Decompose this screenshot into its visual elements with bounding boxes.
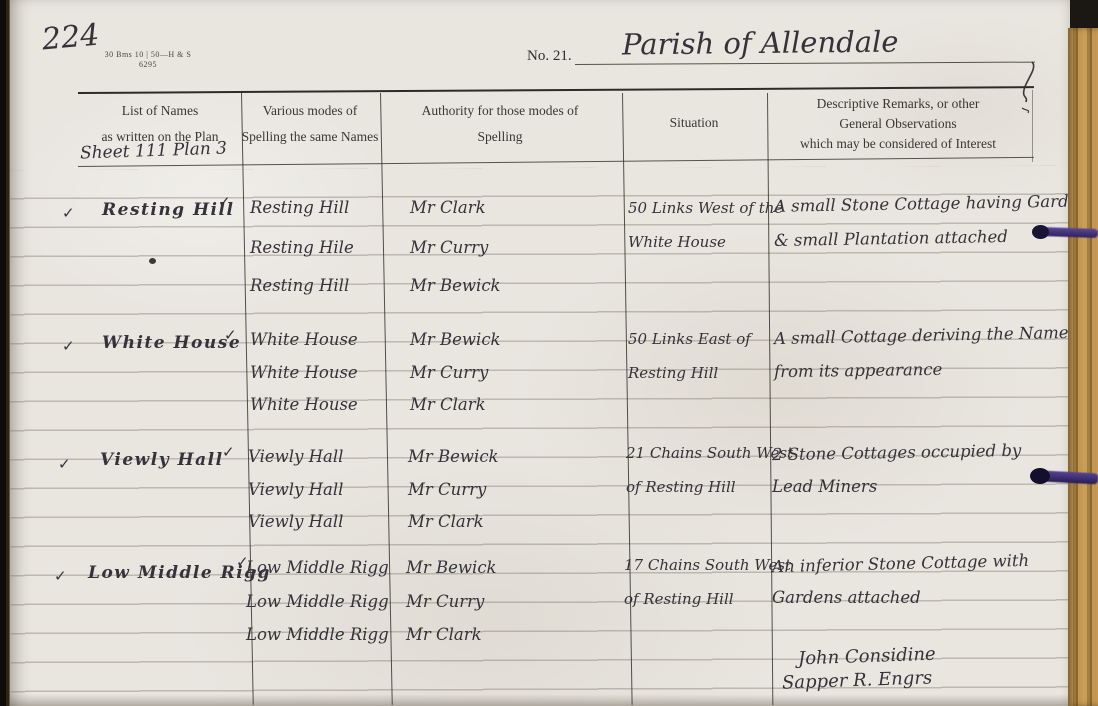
spelling-entry: White House	[250, 395, 358, 414]
ink-spot	[149, 258, 156, 264]
thread-knot-bottom	[1030, 468, 1050, 484]
tick-mark: ✓	[224, 326, 237, 344]
authority-entry: Mr Curry	[410, 363, 488, 382]
header-spelling-line2: Spelling the same Names	[242, 129, 379, 145]
situation-line: of Resting Hill	[624, 590, 734, 608]
remarks-line: & small Plantation attached	[774, 227, 1008, 250]
spelling-entry: Resting Hill	[250, 276, 349, 295]
spelling-entry: White House	[250, 363, 358, 382]
spelling-entry: Viewly Hall	[248, 447, 343, 466]
authority-entry: Mr Bewick	[408, 447, 499, 466]
remarks-line: Lead Miners	[772, 477, 877, 496]
authority-entry: Mr Clark	[406, 625, 482, 644]
header-remarks-line3: which may be considered of Interest	[800, 136, 996, 152]
column-line-5	[1032, 90, 1033, 162]
header-remarks-line1: Descriptive Remarks, or other	[817, 96, 980, 112]
spelling-entry: Resting Hile	[250, 238, 354, 257]
situation-line: 17 Chains South West	[624, 556, 791, 574]
parish-title: Parish of Allendale	[622, 25, 899, 62]
spelling-entry: White House	[250, 330, 358, 349]
header-situation: Situation	[670, 115, 719, 131]
situation-line: 21 Chains South West	[626, 444, 793, 462]
situation-line: Resting Hill	[628, 364, 718, 382]
binding-edge	[1068, 28, 1098, 706]
parish-underline	[575, 62, 1035, 65]
authority-entry: Mr Curry	[408, 480, 486, 499]
spelling-entry: Viewly Hall	[248, 480, 343, 499]
pen-flourish-mark	[1012, 58, 1042, 122]
authority-entry: Mr Clark	[410, 395, 486, 414]
authority-entry: Mr Bewick	[410, 276, 501, 295]
situation-line: 50 Links East of	[628, 330, 751, 348]
spelling-entry: Low Middle Rigg	[246, 558, 389, 577]
spelling-entry: Resting Hill	[250, 198, 349, 217]
tick-mark: ✓	[62, 337, 75, 355]
authority-entry: Mr Curry	[410, 238, 488, 257]
printers-imprint: 30 Bms 10 | 50—H & S 6295	[88, 50, 208, 70]
scanned-document: 224 30 Bms 10 | 50—H & S 6295 No. 21. Pa…	[0, 0, 1098, 706]
form-number: No. 21.	[527, 48, 572, 65]
remarks-line: Gardens attached	[772, 588, 921, 607]
authority-entry: Mr Bewick	[410, 330, 501, 349]
spelling-entry: Low Middle Rigg	[246, 592, 389, 611]
tick-mark: ✓	[62, 204, 75, 222]
situation-line: of Resting Hill	[626, 478, 736, 496]
authority-entry: Mr Bewick	[406, 558, 497, 577]
tick-mark: ✓	[222, 443, 235, 461]
remarks-line: from its appearance	[774, 360, 943, 381]
place-name: Resting Hill	[102, 200, 234, 220]
imprint-line-2: 6295	[88, 60, 208, 70]
header-names-line1: List of Names	[122, 103, 199, 119]
table-top-border	[78, 86, 1034, 94]
spelling-entry: Low Middle Rigg	[246, 625, 389, 644]
sheet-plan-note: Sheet 111 Plan 3	[80, 138, 228, 163]
header-authority-line1: Authority for those modes of	[422, 103, 579, 119]
situation-line: 50 Links West of the	[628, 199, 783, 217]
situation-line: White House	[628, 233, 726, 251]
place-name: White House	[102, 333, 241, 353]
authority-entry: Mr Clark	[410, 198, 486, 217]
tick-mark: ✓	[54, 567, 67, 585]
tick-mark: ✓	[58, 455, 71, 473]
thread-knot-top	[1032, 225, 1049, 239]
place-name: Viewly Hall	[100, 450, 224, 470]
authority-entry: Mr Clark	[408, 512, 484, 531]
imprint-line-1: 30 Bms 10 | 50—H & S	[88, 50, 208, 60]
spelling-entry: Viewly Hall	[248, 512, 343, 531]
paper-sheet: 224 30 Bms 10 | 50—H & S 6295 No. 21. Pa…	[10, 0, 1070, 706]
header-spelling-line1: Various modes of	[263, 103, 358, 119]
tick-mark: ✓	[218, 193, 231, 211]
binding-thread-top	[1042, 227, 1098, 238]
header-authority-line2: Spelling	[477, 129, 522, 145]
header-remarks-line2: General Observations	[839, 116, 956, 132]
authority-entry: Mr Curry	[406, 592, 484, 611]
